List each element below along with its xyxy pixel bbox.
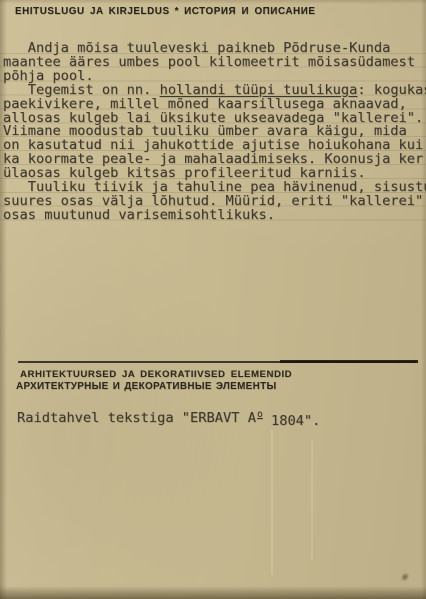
text-line: Tuuliku tiivik ja tahuline pea hävinenud… — [3, 181, 426, 195]
text-line: osas muutunud varisemisohtlikuks. — [3, 209, 426, 223]
document-header: EHITUSLUGU JA KIRJELDUS*ИСТОРИЯ И ОПИСАН… — [15, 6, 316, 17]
section-divider-rule-thick-end — [280, 360, 418, 363]
paper-streak — [311, 440, 313, 560]
underlined-term: hollandi tüüpi tuulikuga — [160, 84, 358, 98]
section-divider-rule — [18, 361, 416, 363]
text-line: allosas kulgeb lai üksikute ukseavadega … — [3, 112, 426, 126]
text-line: Tegemist on nn. hollandi tüüpi tuulikuga… — [3, 84, 426, 98]
inscription-line: Raidtahvel tekstiga "ERBAVT Ao 1804". — [17, 409, 320, 426]
paper-speck — [399, 571, 412, 584]
text-line: Viimane moodustab tuuliku ümber avara kä… — [3, 125, 426, 139]
inscription-year: 1804". — [263, 413, 321, 429]
text-line: maantee ääres umbes pool kilomeetrit mõi… — [3, 56, 426, 70]
header-title-russian: ИСТОРИЯ И ОПИСАНИЕ — [184, 6, 315, 17]
text-line: põhja pool. — [3, 70, 426, 84]
inscription-text: Raidtahvel tekstiga "ERBAVT A — [17, 410, 256, 426]
header-title-estonian: EHITUSLUGU JA KIRJELDUS — [15, 6, 170, 17]
text-line: ülaosas kulgeb kitsas profileeritud karn… — [3, 167, 426, 181]
anno-superscript: o — [257, 409, 263, 420]
paper-streak — [271, 430, 273, 575]
scanned-document-page: EHITUSLUGU JA KIRJELDUS*ИСТОРИЯ И ОПИСАН… — [0, 0, 426, 599]
elements-heading-russian: АРХИТЕКТУРНЫЕ И ДЕКОРАТИВНЫЕ ЭЛЕМЕНТЫ — [16, 381, 292, 392]
text-line: ka koormate peale- ja mahalaadimiseks. K… — [3, 153, 426, 167]
text-segment: Tegemist on nn. — [3, 84, 160, 98]
text-line: paekivikere, millel mõned kaarsillusega … — [3, 98, 426, 112]
header-separator-icon: * — [175, 6, 180, 17]
text-segment: : kogukas — [357, 84, 426, 98]
elements-section-header: ARHITEKTUURSED JA DEKORATIIVSED ELEMENDI… — [16, 369, 292, 392]
building-description-text: Andja mõisa tuuleveski paikneb Põdruse-K… — [0, 42, 426, 232]
text-line: Andja mõisa tuuleveski paikneb Põdruse-K… — [3, 42, 426, 56]
text-line: on kasutatud nii jahukottide ajutise hoi… — [3, 139, 426, 153]
elements-heading-estonian: ARHITEKTUURSED JA DEKORATIIVSED ELEMENDI… — [20, 369, 292, 380]
text-line: suures osas välja lõhutud. Müürid, eriti… — [3, 195, 426, 209]
